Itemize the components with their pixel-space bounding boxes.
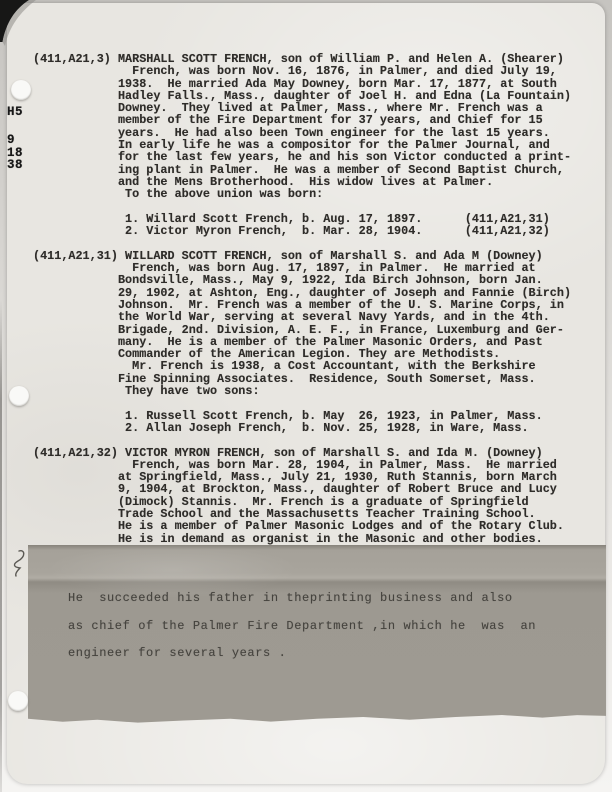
margin-note-9: 9: [7, 133, 15, 147]
text-line: He is a member of Palmer Masonic Lodges …: [33, 520, 593, 532]
text-line: the World War, serving at several Navy Y…: [33, 311, 593, 323]
text-line: [33, 434, 593, 446]
text-line: as chief of the Palmer Fire Department ,…: [68, 613, 536, 641]
text-line: Brigade, 2nd. Division, A. E. F., in Fra…: [33, 324, 593, 336]
text-line: 2. Victor Myron French, b. Mar. 28, 1904…: [33, 225, 593, 237]
text-line: [33, 201, 593, 213]
text-line: 9, 1904, at Brockton, Mass., daughter of…: [33, 483, 593, 495]
text-line: He is in demand as organist in the Mason…: [33, 533, 593, 545]
text-line: Bondsville, Mass., May 9, 1922, Ida Birc…: [33, 274, 593, 286]
text-line: for the last few years, he and his son V…: [33, 151, 593, 163]
scan-background: H5 9 18 38 (411,A21,3) MARSHALL SCOTT FR…: [0, 0, 612, 792]
margin-note-h5: H5: [7, 105, 23, 119]
text-line: He succeeded his father in theprinting b…: [68, 585, 536, 613]
punch-hole-bottom: [8, 691, 28, 711]
handwritten-mark: [6, 548, 28, 578]
text-line: French, was born Nov. 16, 1876, in Palme…: [33, 65, 593, 77]
text-line: [33, 397, 593, 409]
scan-edge-line: [0, 300, 2, 792]
curled-corner-icon: [0, 0, 36, 46]
text-line: [33, 237, 593, 249]
punch-hole-middle: [9, 386, 29, 406]
attached-note-strip: He succeeded his father in theprinting b…: [28, 545, 606, 723]
margin-note-38: 38: [7, 158, 23, 172]
typed-text-block: (411,A21,3) MARSHALL SCOTT FRENCH, son o…: [33, 53, 593, 545]
addendum-text-block: He succeeded his father in theprinting b…: [68, 585, 536, 668]
text-line: (411,A21,32) VICTOR MYRON FRENCH, son of…: [33, 447, 593, 459]
text-line: They have two sons:: [33, 385, 593, 397]
text-line: 2. Allan Joseph French, b. Nov. 25, 1928…: [33, 422, 593, 434]
text-line: Mr. French is 1938, a Cost Accountant, w…: [33, 360, 593, 372]
text-line: member of the Fire Department for 37 yea…: [33, 114, 593, 126]
punch-hole-top: [11, 80, 31, 100]
text-line: To the above union was born:: [33, 188, 593, 200]
text-line: engineer for several years .: [68, 640, 536, 668]
